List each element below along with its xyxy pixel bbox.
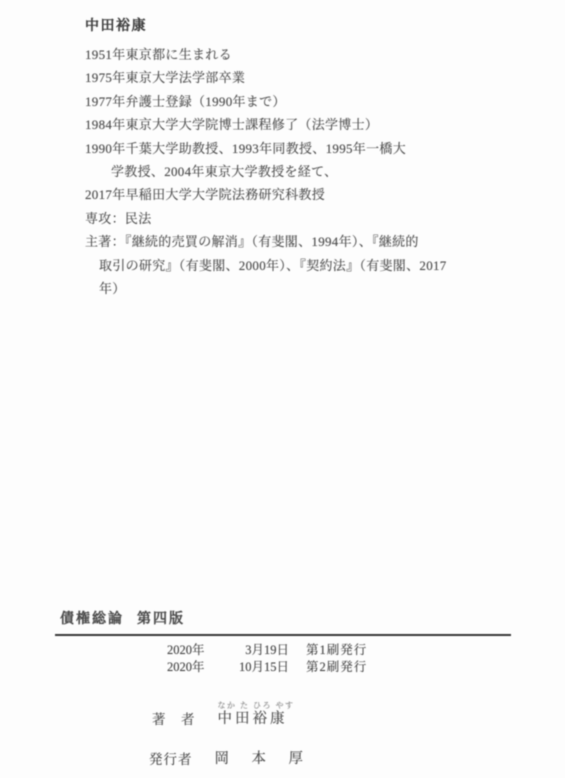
author-bio-name: 中田裕康 xyxy=(85,17,513,37)
printing-monthday: 3月19日 xyxy=(245,642,289,659)
bio-line-career-2: 学教授、2004年東京大学教授を経て、 xyxy=(85,160,513,183)
bio-line-works-1: 主著：『継続的売買の解消』（有斐閣、1994年）、『継続的 xyxy=(85,230,513,253)
printing-year: 2020年 xyxy=(167,642,205,659)
bio-line-specialty: 専攻：民法 xyxy=(85,207,513,230)
book-title-line: 債権総論第四版 xyxy=(60,608,185,628)
author-bio-block: 中田裕康 1951年東京都に生まれる 1975年東京大学法学部卒業 1977年弁… xyxy=(85,17,513,300)
bio-line-works-2: 取引の研究』（有斐閣、2000年）、『契約法』（有斐閣、2017 xyxy=(85,254,513,277)
printing-row-second: 2020年 10月15日 第2刷発行 xyxy=(167,659,367,676)
bio-line-bar-registration: 1977年弁護士登録（1990年まで） xyxy=(85,90,513,113)
printing-label: 第1刷発行 xyxy=(306,642,367,659)
printing-label: 第2刷発行 xyxy=(306,659,367,676)
author-row: 著 者 なか た ひろ やす 中田裕康 xyxy=(152,701,295,728)
bio-line-birth: 1951年東京都に生まれる xyxy=(85,43,513,66)
book-title: 債権総論 xyxy=(60,612,124,627)
publisher-row: 発行者 岡 本 厚 xyxy=(149,748,307,768)
author-name-block: なか た ひろ やす 中田裕康 xyxy=(218,701,295,728)
printing-history: 2020年 3月19日 第1刷発行 2020年 10月15日 第2刷発行 xyxy=(167,642,367,675)
author-furigana: なか た ひろ やす xyxy=(218,701,295,710)
author-label: 著 者 xyxy=(152,708,196,728)
book-colophon-page: 中田裕康 1951年東京都に生まれる 1975年東京大学法学部卒業 1977年弁… xyxy=(0,0,565,778)
bio-line-graduation: 1975年東京大学法学部卒業 xyxy=(85,66,513,89)
printing-date: 2020年 3月19日 xyxy=(167,642,289,659)
publisher-name: 岡 本 厚 xyxy=(215,750,308,768)
printing-year: 2020年 xyxy=(167,659,205,676)
bio-line-works-3: 年） xyxy=(85,277,513,300)
author-name: 中田裕康 xyxy=(218,710,295,728)
bio-line-career-1: 1990年千葉大学助教授、1993年同教授、1995年一橋大 xyxy=(85,137,513,160)
printing-row-first: 2020年 3月19日 第1刷発行 xyxy=(167,642,367,659)
divider-rule xyxy=(55,634,511,636)
printing-date: 2020年 10月15日 xyxy=(167,659,289,676)
publisher-label: 発行者 xyxy=(149,748,193,768)
printing-monthday: 10月15日 xyxy=(239,659,289,676)
edition-label: 第四版 xyxy=(137,612,185,627)
bio-line-current-post: 2017年早稲田大学大学院法務研究科教授 xyxy=(85,183,513,206)
publisher-name-block: 岡 本 厚 xyxy=(215,750,308,768)
bio-line-doctorate: 1984年東京大学大学院博士課程修了（法学博士） xyxy=(85,113,513,136)
